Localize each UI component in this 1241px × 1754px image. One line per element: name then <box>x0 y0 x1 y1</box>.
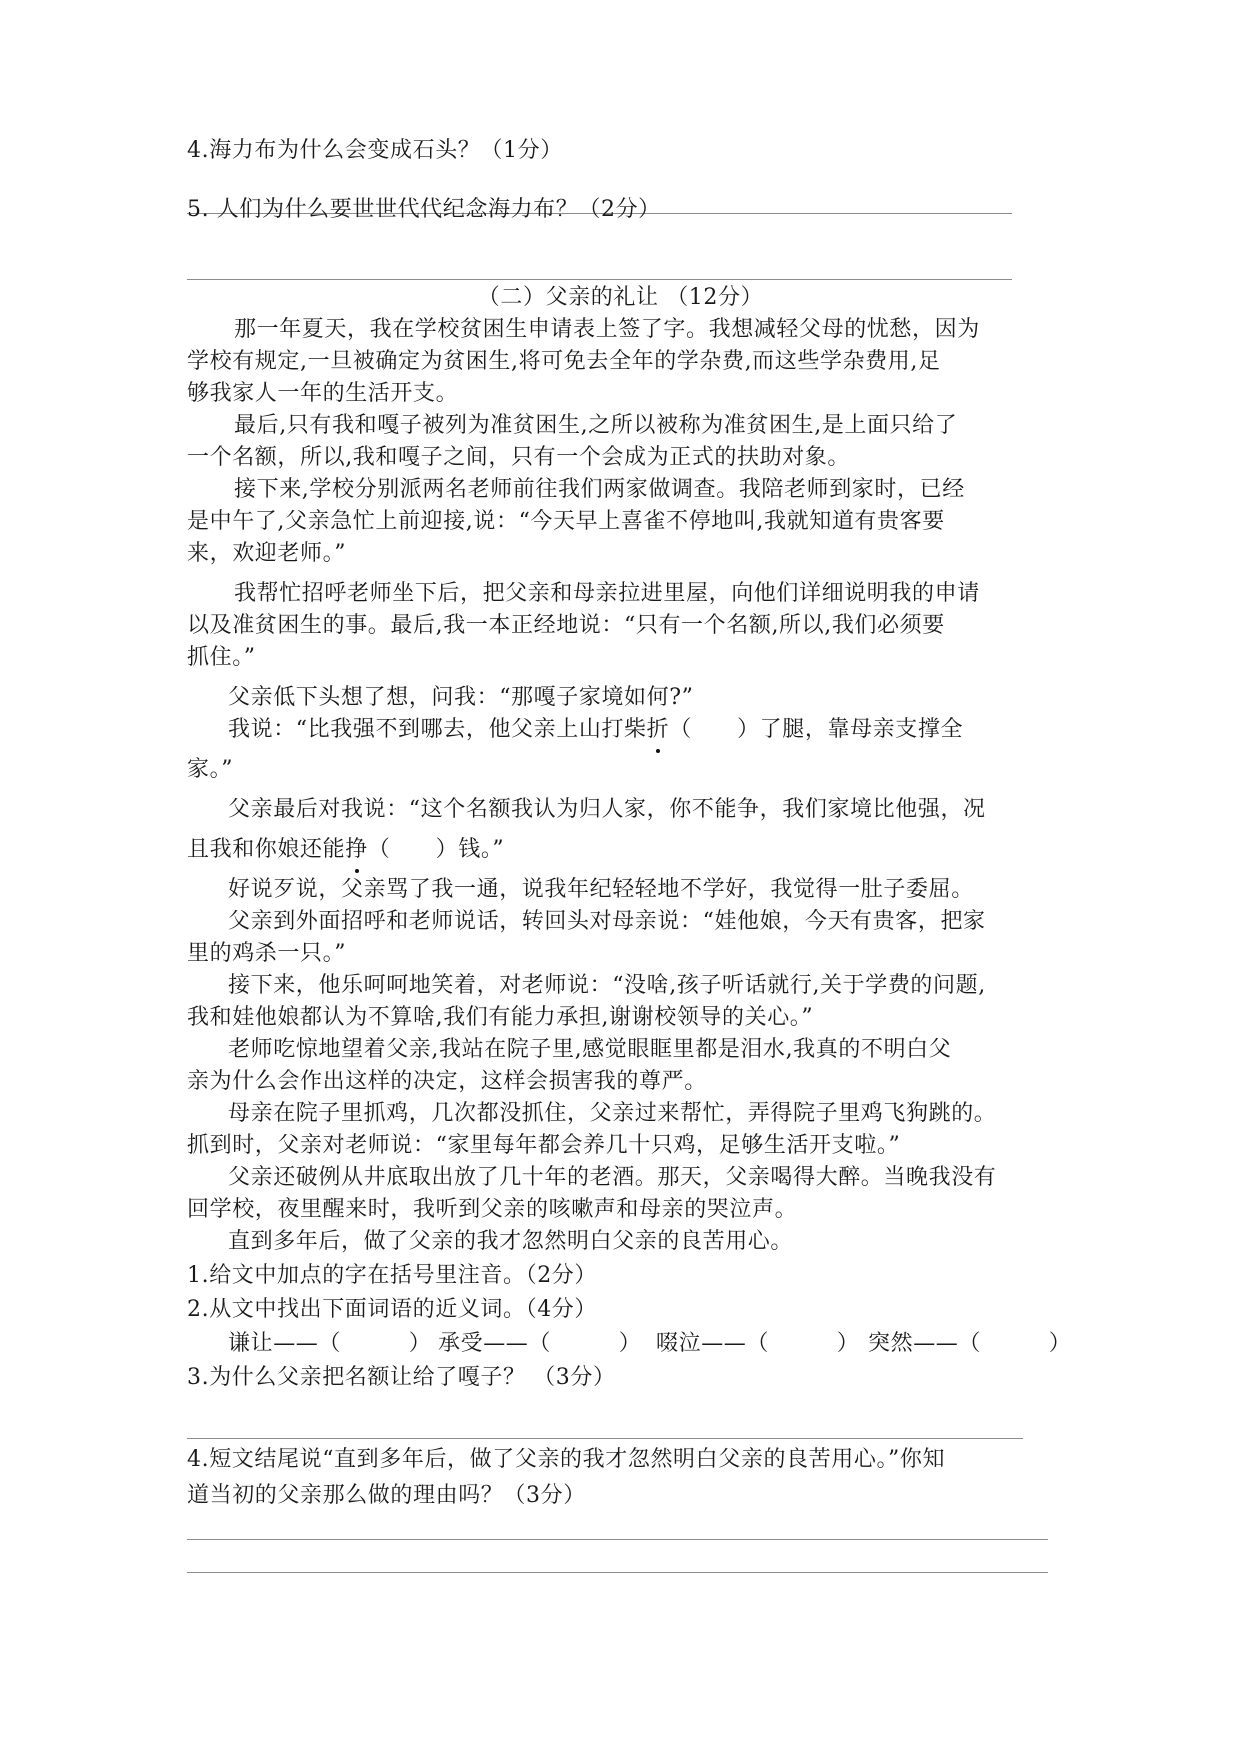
synonym-item-qianrang: 谦让——（ ） <box>228 1330 438 1358</box>
answer-line-q4-1[interactable] <box>187 1539 1048 1540</box>
synonym-item-turan: 突然——（ ） <box>868 1330 1071 1358</box>
passage-line-zheng: 且我和你娘还能挣（ ）钱。” <box>187 836 504 864</box>
question-4-line-1: 4.短文结尾说“直到多年后，做了父亲的我才忽然明白父亲的良苦用心。”你知 <box>187 1446 945 1474</box>
passage-line: 好说歹说，父亲骂了我一通，说我年纪轻轻地不学好，我觉得一肚子委屈。 <box>228 876 974 904</box>
passage-line: 父亲还破例从井底取出放了几十年的老酒。那天，父亲喝得大醉。当晚我没有 <box>228 1164 996 1192</box>
passage-line: 一个名额，所以,我和嘎子之间，只有一个会成为正式的扶助对象。 <box>187 444 850 472</box>
question-1: 1.给文中加点的字在括号里注音。（2分） <box>187 1262 597 1290</box>
passage-line: 父亲最后对我说：“这个名额我认为归人家，你不能争，我们家境比他强，况 <box>228 796 986 824</box>
passage-line-zhe: 我说：“比我强不到哪去，他父亲上山打柴折（ ）了腿，靠母亲支撑全 <box>228 716 963 744</box>
passage-line: 我帮忙招呼老师坐下后，把父亲和母亲拉进里屋，向他们详细说明我的申请 <box>234 580 980 608</box>
passage-line: 是中午了,父亲急忙上前迎接,说：“今天早上喜雀不停地叫,我就知道有贵客要 <box>187 508 945 536</box>
synonym-blank[interactable]: ——（ ） <box>701 1331 859 1356</box>
pinyin-blank-zhe[interactable]: （ ） <box>669 716 759 744</box>
passage-line: 亲为什么会作出这样的决定，这样会损害我的尊严。 <box>187 1068 707 1096</box>
synonym-blank[interactable]: ——（ ） <box>913 1331 1071 1356</box>
passage-line: 抓到时，父亲对老师说：“家里每年都会养几十只鸡，足够生活开支啦。” <box>187 1132 900 1160</box>
prev-question-5: 5. 人们为什么要世世代代纪念海力布？（2分） <box>187 196 661 224</box>
synonym-row: 谦让——（ ）承受——（ ）啜泣——（ ）突然——（ ） <box>228 1330 1071 1358</box>
answer-line-q4-2[interactable] <box>187 1572 1048 1573</box>
text-before: 我说：“比我强不到哪去，他父亲上山打柴 <box>228 717 647 742</box>
passage-line: 来，欢迎老师。” <box>187 540 346 568</box>
synonym-item-chengshou: 承受——（ ） <box>438 1330 656 1358</box>
exam-page: 4.海力布为什么会变成石头？（1分） 5. 人们为什么要世世代代纪念海力布？（2… <box>0 0 1241 1754</box>
text-after: 了腿，靠母亲支撑全 <box>760 717 963 742</box>
passage-line: 我和娃他娘都认为不算啥,我们有能力承担,谢谢校领导的关心。” <box>187 1004 813 1032</box>
passage-line: 抓住。” <box>187 644 256 672</box>
section-title: （二）父亲的礼让 （12分） <box>0 284 1241 312</box>
passage-line: 父亲低下头想了想，问我：“那嘎子家境如何?” <box>228 684 694 712</box>
passage-line: 里的鸡杀一只。” <box>187 940 346 968</box>
passage-line: 那一年夏天，我在学校贫困生申请表上签了字。我想减轻父母的忧愁，因为 <box>234 316 980 344</box>
passage-line: 够我家人一年的生活开支。 <box>187 380 458 408</box>
text-after: 钱。” <box>458 837 504 862</box>
passage-line: 直到多年后，做了父亲的我才忽然明白父亲的良苦用心。 <box>228 1228 793 1256</box>
passage-line: 学校有规定,一旦被确定为贫困生,将可免去全年的学杂费,而这些学杂费用,足 <box>187 348 941 376</box>
passage-line: 老师吃惊地望着父亲,我站在院子里,感觉眼眶里都是泪水,我真的不明白父 <box>228 1036 951 1064</box>
pinyin-blank-zheng[interactable]: （ ） <box>368 836 458 864</box>
prev-question-4: 4.海力布为什么会变成石头？（1分） <box>187 137 563 165</box>
passage-line: 回学校，夜里醒来时，我听到父亲的咳嗽声和母亲的哭泣声。 <box>187 1196 797 1224</box>
dotted-char-zheng: 挣 <box>345 836 368 864</box>
question-2: 2.从文中找出下面词语的近义词。（4分） <box>187 1296 597 1324</box>
question-3: 3.为什么父亲把名额让给了嘎子？ （3分） <box>187 1364 616 1392</box>
answer-line-q3[interactable] <box>187 1438 1023 1439</box>
passage-line: 家。” <box>187 756 233 784</box>
answer-line-prev-q5[interactable] <box>187 279 1012 280</box>
synonym-word: 承受 <box>438 1331 483 1356</box>
synonym-item-chuoqi: 啜泣——（ ） <box>656 1330 868 1358</box>
synonym-word: 啜泣 <box>656 1331 701 1356</box>
passage-line: 接下来，他乐呵呵地笑着，对老师说：“没啥,孩子听话就行,关于学费的问题, <box>228 972 986 1000</box>
passage-line: 接下来,学校分别派两名老师前往我们两家做调查。我陪老师到家时，已经 <box>234 476 965 504</box>
passage-line: 以及准贫困生的事。最后,我一本正经地说：“只有一个名额,所以,我们必须要 <box>187 612 945 640</box>
text-before: 且我和你娘还能 <box>187 837 345 862</box>
synonym-blank[interactable]: ——（ ） <box>273 1331 431 1356</box>
synonym-word: 突然 <box>868 1331 913 1356</box>
synonym-blank[interactable]: ——（ ） <box>483 1331 641 1356</box>
synonym-word: 谦让 <box>228 1331 273 1356</box>
passage-line: 最后,只有我和嘎子被列为准贫困生,之所以被称为准贫困生,是上面只给了 <box>234 412 957 440</box>
passage-line: 父亲到外面招呼和老师说话，转回头对母亲说：“娃他娘，今天有贵客，把家 <box>228 908 986 936</box>
question-4-line-2: 道当初的父亲那么做的理由吗？（3分） <box>187 1482 586 1510</box>
passage-line: 母亲在院子里抓鸡，几次都没抓住，父亲过来帮忙，弄得院子里鸡飞狗跳的。 <box>228 1100 996 1128</box>
dotted-char-zhe: 折 <box>647 716 670 744</box>
